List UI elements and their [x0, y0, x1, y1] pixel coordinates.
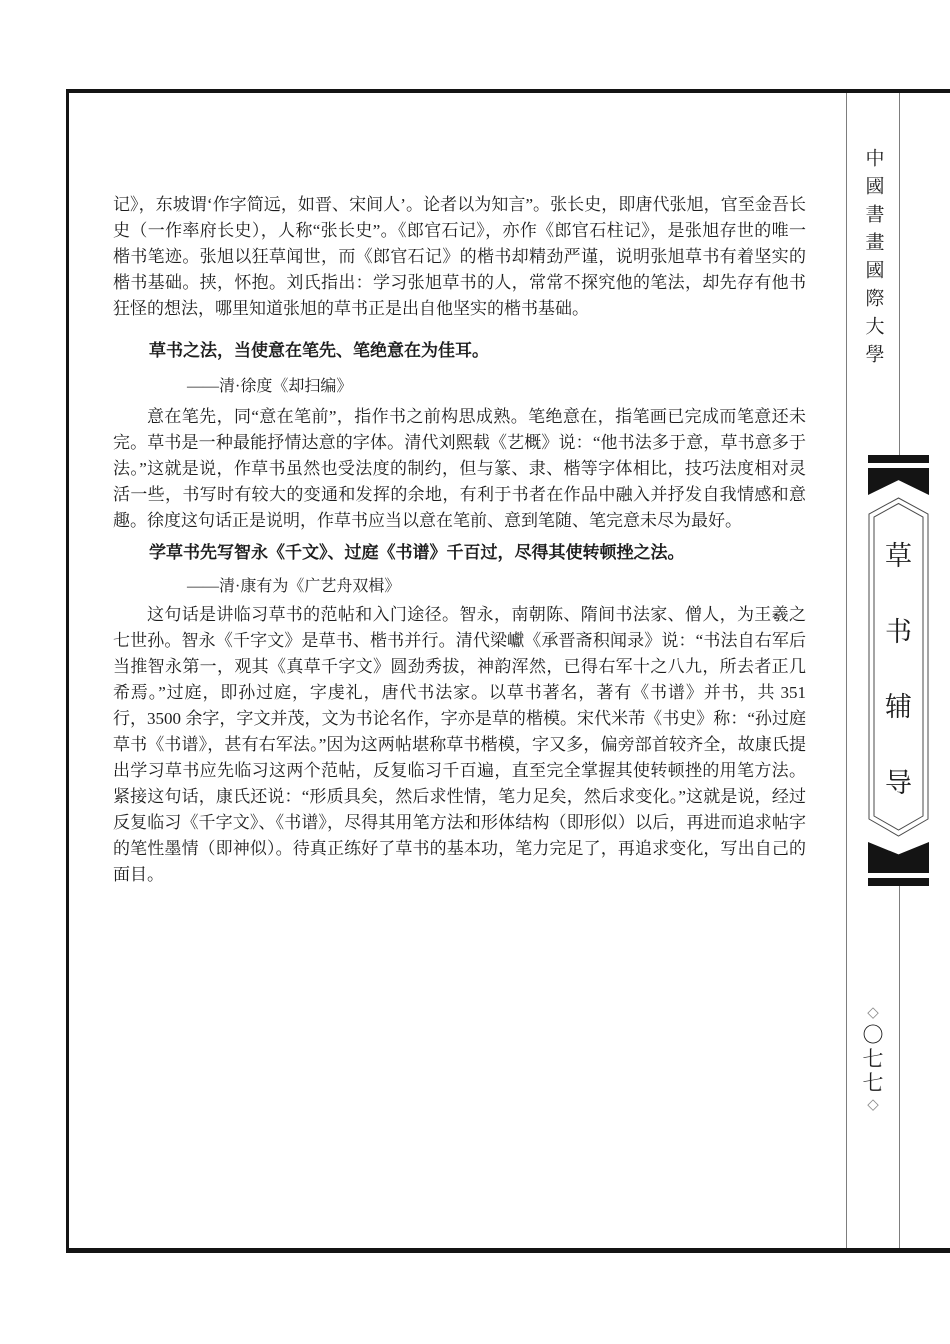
section-emblem: 草 书 辅 导	[868, 455, 929, 886]
folio-digit: 七	[863, 1071, 884, 1095]
emblem-bottom-ribbon	[868, 842, 929, 873]
quote-attribution-2: ——清·康有为《广艺舟双楫》	[113, 574, 806, 600]
frame-border-bottom	[66, 1248, 950, 1253]
emblem-bottom-bar	[868, 878, 929, 886]
emblem-title-char: 草	[885, 543, 912, 570]
diamond-ornament-icon: ◇	[867, 1095, 879, 1115]
main-text-column: 记》，东坡谓‘作字简远，如晋、宋间人’。论者以为知言”。张长史，即唐代张旭，官至…	[113, 192, 806, 888]
diamond-ornament-icon: ◇	[867, 1003, 879, 1023]
institution-title-text: 中國書畫國際大學	[860, 148, 887, 372]
frame-border-left	[66, 89, 69, 1253]
institution-title: 中國書畫國際大學	[847, 148, 899, 372]
emblem-title: 草 书 辅 导	[868, 497, 929, 837]
commentary-paragraph-1: 意在笔先，同“意在笔前”，指作书之前构思成熟。笔绝意在，指笔画已完成而笔意还未完…	[113, 404, 806, 534]
quote-attribution-1: ——清·徐度《却扫编》	[113, 374, 806, 400]
emblem-top-bar	[868, 455, 929, 463]
emblem-title-char: 辅	[885, 694, 912, 721]
emblem-top-ribbon	[868, 468, 929, 495]
emblem-title-char: 导	[885, 770, 912, 797]
frame-border-top	[66, 89, 950, 93]
quote-heading-1: 草书之法，当使意在笔先、笔绝意在为佳耳。	[113, 338, 806, 364]
book-page: 中國書畫國際大學 草 书 辅 导 ◇ 〇 七 七 ◇	[0, 0, 950, 1344]
commentary-paragraph-2: 这句话是讲临习草书的范帖和入门途径。智永，南朝陈、隋间书法家、僧人，为王羲之七世…	[113, 602, 806, 888]
emblem-cartouche: 草 书 辅 导	[868, 497, 929, 837]
paragraph-continuation: 记》，东坡谓‘作字简远，如晋、宋间人’。论者以为知言”。张长史，即唐代张旭，官至…	[113, 192, 806, 322]
folio-digit: 〇	[863, 1023, 884, 1047]
folio-number: ◇ 〇 七 七 ◇	[847, 1003, 899, 1115]
emblem-title-char: 书	[885, 619, 912, 646]
quote-heading-2: 学草书先写智永《千文》、过庭《书谱》千百过，尽得其使转顿挫之法。	[113, 540, 806, 566]
folio-digit: 七	[863, 1047, 884, 1071]
